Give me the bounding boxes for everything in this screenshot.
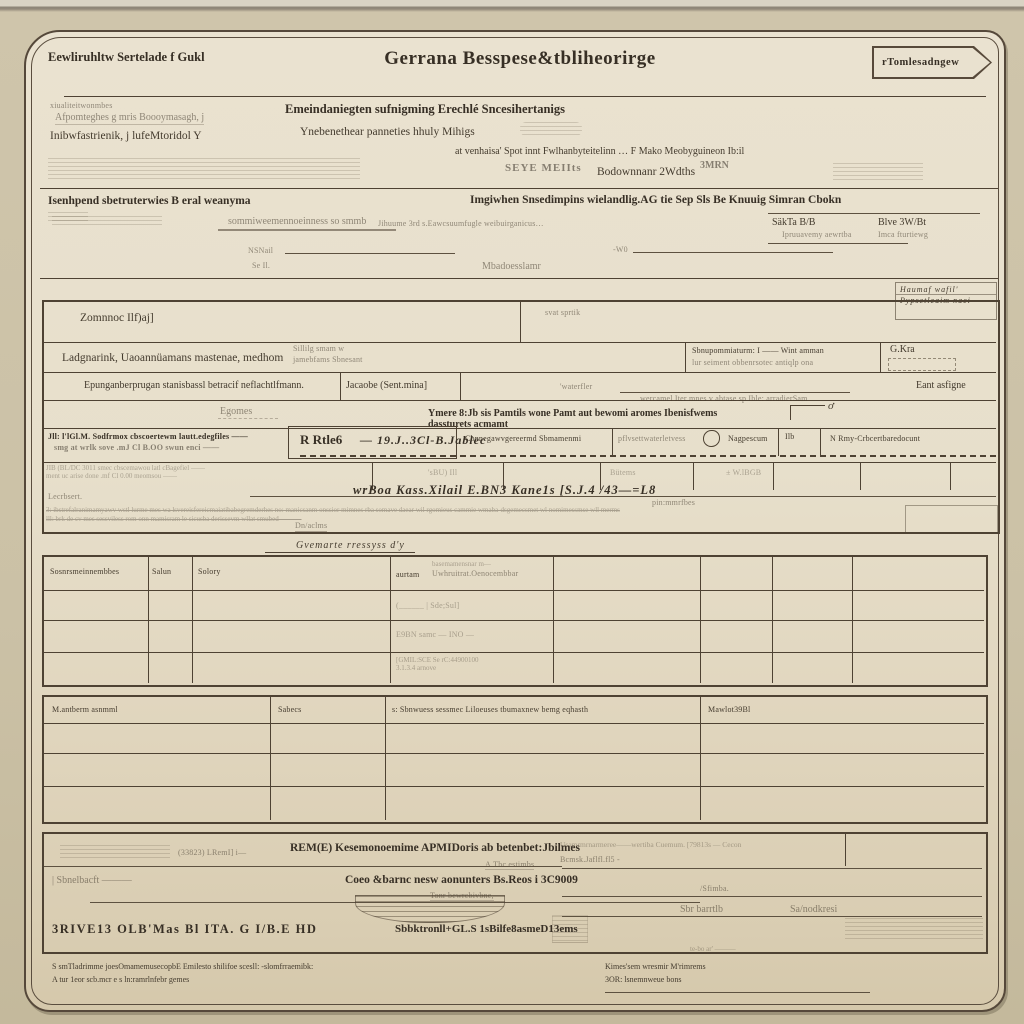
handwritten-underline-arrow [265,552,415,553]
r6-fine-line-2: ment uc arise done .mf Cl 0.00 meomsou —… [46,472,296,480]
field-r3-c4: Eant asfigne [916,380,966,391]
field-r3-c3a: 'waterfler [560,382,592,391]
scratched-out-block [48,158,360,180]
table1-col-line-2 [192,555,193,683]
header-divider [64,96,986,97]
field-r5-box: R Rtle6 [300,432,342,448]
fill-line-1 [285,253,455,254]
table1-col-line-7 [852,555,853,683]
bottom-r2-right: /Sfimba. [700,884,729,893]
col-head-b: Blve 3W/Bt [878,217,926,228]
header-arrow-badge-face: rTomlesadngew [874,48,990,77]
field-r5-c4: pflvsettwaterletvess [618,434,686,443]
table1-header-4-sub1: basemamensnar m— [432,560,491,568]
table2-header-4: Mawlot39Bl [708,705,750,714]
handwritten-above-table: Gvemarte rressyss d'y [296,540,405,551]
section-divider-2 [40,278,998,279]
date-line: Bodownnanr 2Wdths [597,166,695,178]
scribble-mark [520,122,582,136]
header-badge-label: rTomlesadngew [874,57,959,68]
footer-underline [605,992,870,993]
table1-cell-r3b: 3.1.3.4 arnove [396,664,478,672]
main-grid-hline-3 [42,400,996,401]
footer-left: S smTladrimme joesOmamemusecopbE Emilest… [52,960,492,986]
struck-fine-print: 3: ibstrefalranimamyawv wstl lurme mes w… [46,506,992,523]
table2-row-line-3 [42,786,984,787]
bottom-r1-sub: A.Tbc estimbs [485,860,534,870]
table2-col-line-2 [385,695,386,820]
main-grid-vline-r2b [880,342,881,372]
field-r1-right-faint: svat sprtik [545,308,605,317]
bottom-scratch-right [845,918,983,940]
subject-line-bold: Emeindaniegten sufnigming Erechlé Sncesi… [285,102,565,117]
field-r2-small-2: jamebfams Sbnesant [293,355,363,364]
field-r5-c7: N Rmy-Crbcertbaredocunt [830,434,920,443]
table1-col-line-3 [390,555,391,683]
bottom-stamp-left: 3RIVE13 OLB'Mas Bl ITA. G I/B.E HD [52,922,317,937]
r6-faint-c: ± W.lBGB [726,468,761,477]
issuer-line-3: Inibwfastrienik, j lufeMtoridol Y [50,130,202,142]
table1-header-4-sub2: Uwhruitrat.Oenocembbar [432,569,518,578]
col-head-b-sub: Imca fturtiewg [878,230,928,239]
struck-line-1: 3: ibstrefalranimamyawv wstl lurme mes w… [46,506,992,515]
r6-divider-4 [693,462,694,490]
field-r2-c3: G.Kra [890,344,915,355]
bottom-scratch-left [60,845,170,858]
footer-left-line-1: S smTladrimme joesOmamemusecopbE Emilest… [52,960,492,973]
field-r5-c3: Cbnnegawvgereermd Sbmamenmi [465,434,581,443]
r5-divider-1 [612,428,613,456]
field-r5-c5: Nagpescum [728,434,768,443]
r6-fine-line-1: JIB (BL/DC 3011 smec cbscemawou latl cBa… [46,464,296,472]
bottom-r1-right1: Usamrmrnarmeree——wertiba Cuemum. [79813s… [560,840,741,849]
field-label-nsn: NSNail [248,246,273,255]
handwritten-note-1: Haumaf wafil' [896,283,996,294]
r5-divider-2 [778,428,779,456]
dn-label: Dn/aclms [295,521,327,532]
footer-right: Kimes'sem wresmir M'rimrems 3OR: lsnemnw… [605,960,925,986]
underlined-field-label: sommiweemennoeinness so smmb [218,216,396,231]
applicant-bold-right: Imgiwhen Snsedimpins wielandlig.AG tie S… [470,194,841,206]
bottom-r1-center: REM(E) Kesemonoemime APMIDoris ab betenb… [290,842,580,854]
table2-header-2: Sabecs [278,705,301,714]
table1-cell-r3a: [GMIL:SCE Se rC:44900100 [396,656,478,664]
table2-col-line-3 [700,695,701,820]
small-open-box [905,505,998,533]
field-tomnooc: Zomnnoc Ilf)aj] [80,312,154,324]
right-small-note: Jihuume 3rd s.Eawcsuumfugle weibuirganic… [378,219,608,228]
scratch-small [52,216,162,228]
subject-line-2: Ynebenethear panneties hhuly Mihigs [300,126,475,138]
field-r2-small-1: Sillilg smam w [293,344,344,353]
table1-row-line-1 [42,590,984,591]
stamp-fragment-1: SEYE MEIIts [505,162,582,174]
field-r3-c1: Epunganberprugan stanisbassl betracif ne… [84,380,304,391]
table1-col-line-6 [772,555,773,683]
table1-header-4: aurtam [396,570,419,579]
table2 [42,695,988,824]
bottom-r2-center: Coeo &barnc nesw aonunters Bs.Reos i 3C9… [345,874,578,886]
main-grid-hline-1 [42,342,996,343]
bottom-vline [845,832,846,866]
col-head-a-sub: Ipruuavemy aewrtba [782,230,852,239]
r6-faint-b: Bütems [610,468,636,477]
tick-w0: -W0 [613,245,628,254]
table2-row-line-2 [42,753,984,754]
center-word: Mbadoesslamr [482,261,541,272]
issuer-line-2: Afpomteghes g mris Boooymasagh, j [55,112,204,125]
stamp-fragment-2: 3MRN [700,160,729,171]
col-head-a: SäkTa B/B [772,217,815,228]
table2-header-3: s: Sbnwuess sessmec Liloeuses tbumaxnew … [392,705,692,714]
circle-mark-icon [703,430,720,447]
field-r2-main: Ladgnarink, Uaoannüamans mastenae, medho… [62,352,283,364]
table1-cell-r3: [GMIL:SCE Se rC:44900100 3.1.3.4 arnove [396,656,478,672]
field-r2-c2a: Sbnupommiaturm: I —— Wint amman [692,346,877,355]
table1-cell-r2: E9BN samc — INO — [396,630,474,639]
main-grid-vline-r2a [685,342,686,372]
r6-faint-a: 'sBU) Ill [428,468,457,477]
footer-left-line-2: A tur 1eor scb.mcr e s ln:ramrlnfebr gem… [52,973,492,986]
r6-divider-6 [860,462,861,490]
section-divider-1 [40,188,998,189]
r3-fill-line [620,392,850,393]
field-r2-c2b: lur seiment obbenrsotec antiqlp ona [692,358,877,367]
table2-header-1: M.antberm asnmml [52,705,118,714]
issuer-line-1: xiualiteitwonmbes [50,101,113,110]
applicant-bold-left: Isenhpend sbetruterwies B eral weanyma [48,195,251,207]
table1-col-line-4 [553,555,554,683]
bottom-rule-1 [44,866,562,867]
field-r4-a: Egomes [218,406,278,419]
bottom-stamp-center: Sbbktronll+GL.S 1sBilfe8asmeD13ems [395,923,578,935]
r6-divider-5 [773,462,774,490]
r7-handwriting: wrBoa Kass.Xilail E.BN3 Kane1s [S.J.4 /4… [353,483,656,498]
bottom-r1-left: (33823) LRemI] i— [178,848,246,857]
col-head-rule-top [768,213,980,214]
bottom-r1-right2: Bcmsk.Jaflfl.fl5 - [560,855,620,864]
field-r5-c1b: smg at wrlk sove .mJ Cl B.OO swun enci —… [54,443,219,452]
main-grid-vline-r3a [340,372,341,400]
table1-col-line-5 [700,555,701,683]
table1-header-3: Solory [198,567,221,576]
r6-fine-print: JIB (BL/DC 3011 smec cbscemawou latl cBa… [46,464,296,480]
field-r4-main: Ymere 8:Jb sis Pamtils wone Pamt aut bew… [428,408,738,430]
bottom-r3-b: Sa/nodkresi [790,904,837,915]
header-arrow-badge: rTomlesadngew [872,46,992,79]
r6-divider-7 [950,462,951,490]
table2-row-line-1 [42,723,984,724]
scratched-out-right [833,163,923,183]
table1-col-line-1 [148,555,149,683]
field-r3-c2: Jacaobe (Sent.mina] [346,380,427,391]
bottom-rule-1r [562,868,982,869]
table1-row-line-3 [42,652,984,653]
main-grid-hline-5 [42,462,996,463]
table1-row-line-2 [42,620,984,621]
main-grid-hline-2 [42,372,996,373]
footer-right-line-2: 3OR: lsnemnweue bons [605,973,925,986]
main-grid-vline-r1 [520,300,521,342]
form-code-label: Eewliruhltw Sertelade f Gukl [48,50,278,65]
scanned-form-sheet: Eewliruhltw Sertelade f Gukl Gerrana Bes… [0,0,1024,1024]
r7-label: Lecrbsert. [48,492,82,501]
struck-line-2: lll: brk de cv mes sessviless rom onn ma… [46,515,992,524]
form-title: Gerrana Besspese&tbliheorirge [290,48,750,70]
bottom-r2-left: | Sbnelbacft ——— [52,875,132,886]
table1-header-1: Sosnrsmeinnembbes [50,567,142,576]
bottom-rule-2 [562,896,982,897]
dotted-entry-box [888,358,956,371]
field-label-se: Se Il. [252,261,270,270]
subject-line-3: at venhaisa' Spot innt Fwlhanbyteitelinn… [455,146,975,157]
col-head-rule-bottom [768,243,908,244]
footer-right-line-1: Kimes'sem wresmir M'rimrems [605,960,925,973]
r5-divider-3 [820,428,821,456]
table2-col-line-1 [270,695,271,820]
field-r5-c1a: Jll: l'lGl.M. Sodfrmox cbscoertewm lautt… [48,432,248,441]
field-r3-c3b: wercamel Iter mnes v abtase sp Ible: arr… [640,394,808,403]
pen-mark [790,405,825,420]
bottom-r3-a: Sbr barrtlb [680,904,723,915]
table1-cell-r1: (______ | Sde;Sul] [396,601,459,610]
main-grid-vline-r3b [460,372,461,400]
bottom-tiny-note: te-bo ar' ——— [690,945,736,953]
bottom-rule-4 [562,916,982,917]
pen-mark-o: ơ [828,400,835,412]
fill-line-2 [633,252,833,253]
field-r5-c6: Ilb [785,432,795,441]
table1-header-2: Salun [152,567,171,576]
